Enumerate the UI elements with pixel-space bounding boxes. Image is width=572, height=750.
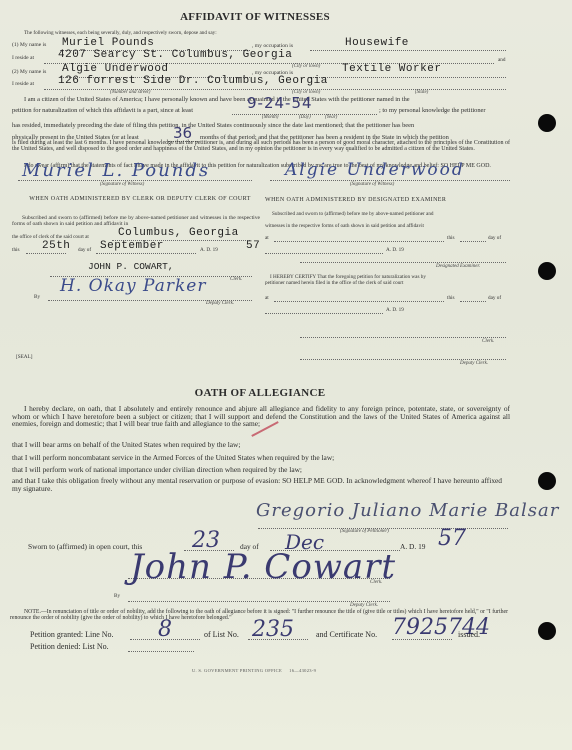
dotted-line xyxy=(96,253,196,254)
affidavit-para1-rest: is filed during at least the last 6 mont… xyxy=(12,141,510,152)
dotted-line xyxy=(270,180,510,181)
examiner-caption: Designated Examiner. xyxy=(436,264,480,269)
list-number: 235 xyxy=(252,617,294,642)
clerk-office-location: Columbus, Georgia xyxy=(118,227,239,239)
certify-text-2: petitioner named herein filed in the off… xyxy=(265,280,403,286)
oath-line-noncombatant: that I will perform noncombatant service… xyxy=(12,454,334,462)
clerk-year: 57 xyxy=(246,240,260,252)
line-number: 8 xyxy=(158,617,172,642)
known-since-date: 9-24-54 xyxy=(247,94,313,112)
naturalization-form-page: AFFIDAVIT OF WITNESSES The following wit… xyxy=(0,0,572,750)
certify-ad-label: A. D. 19 xyxy=(386,307,404,313)
certify-at-label: at xyxy=(265,295,269,301)
witness2-occupation: Textile Worker xyxy=(342,63,441,75)
oath-by-label: By xyxy=(114,593,120,599)
witness2-reside-label: I reside at xyxy=(12,81,34,87)
affidavit-intro: The following witnesses, each being seve… xyxy=(24,30,217,36)
oath-deputy-caption: Deputy Clerk. xyxy=(350,603,378,608)
witness1-name-label: (1) My name is xyxy=(12,42,46,48)
month-caption: (Month) xyxy=(262,115,278,120)
seal-label: [SEAL] xyxy=(16,354,32,360)
witness2-name: Algie Underwood xyxy=(62,63,169,75)
punch-hole xyxy=(538,262,556,280)
certify-clerk-caption: Clerk. xyxy=(482,339,494,344)
witness2-name-label: (2) My name is xyxy=(12,69,46,75)
affidavit-para1-line2b: ; to my personal knowledge the petitione… xyxy=(379,107,486,114)
examiner-ad-label: A. D. 19 xyxy=(386,247,404,253)
clerk-section-heading: WHEN OATH ADMINISTERED BY CLERK OR DEPUT… xyxy=(20,195,260,203)
clerk-month: September xyxy=(100,240,164,252)
state-caption: (State) xyxy=(415,90,428,95)
list-label: of List No. xyxy=(204,631,239,639)
dotted-line xyxy=(310,50,506,51)
affidavit-title: AFFIDAVIT OF WITNESSES xyxy=(0,11,510,23)
oath-line-civilian: that I will perform work of national imp… xyxy=(12,466,302,474)
dotted-line xyxy=(274,301,444,302)
certify-day-of-label: day of xyxy=(488,295,501,301)
oath-clerk-caption: Clerk. xyxy=(370,580,382,585)
issued-label: issued. xyxy=(458,631,480,639)
dotted-line xyxy=(274,241,444,242)
oath-title: OATH OF ALLEGIANCE xyxy=(0,387,520,399)
petitioner-signature: Gregorio Juliano Marie Balsar xyxy=(256,500,559,521)
examiner-text-1: Subscribed and sworn to (affirmed) befor… xyxy=(272,211,434,217)
dotted-line xyxy=(460,241,486,242)
clerk-day: 25th xyxy=(42,240,70,252)
petition-granted-label: Petition granted: Line No. xyxy=(30,631,114,639)
dotted-line xyxy=(26,253,66,254)
day-caption: (Day) xyxy=(299,115,311,120)
witness2-address: 126 forrest Side Dr. Columbus, Georgia xyxy=(58,75,328,87)
witness1-reside-label: I reside at xyxy=(12,55,34,61)
clerk-ad-label: A. D. 19 xyxy=(200,247,218,253)
sworn-label: Sworn to (affirmed) in open court, this xyxy=(28,543,142,551)
dotted-line xyxy=(265,313,383,314)
clerk-by-label: By xyxy=(34,294,40,300)
punch-hole xyxy=(538,622,556,640)
dotted-line xyxy=(265,253,383,254)
clerk-signature: John P. Cowart xyxy=(130,547,396,587)
certify-deputy-caption: Deputy Clerk. xyxy=(460,361,488,366)
dotted-line xyxy=(128,601,390,602)
year-caption: (Year) xyxy=(325,115,337,120)
clerk-this-label: this xyxy=(12,247,20,253)
dotted-line xyxy=(128,651,194,652)
sworn-year: 57 xyxy=(438,526,466,551)
sworn-ad-label: A. D. 19 xyxy=(400,543,425,551)
oath-line-arms: that I will bear arms on behalf of the U… xyxy=(12,441,240,449)
dotted-line xyxy=(300,359,506,360)
deputy-clerk-caption: Deputy Clerk. xyxy=(206,301,234,306)
oath-paragraph-1: I hereby declare, on oath, that I absolu… xyxy=(12,405,510,428)
printer-imprint: U. S. GOVERNMENT PRINTING OFFICE 16—4302… xyxy=(192,668,316,673)
certificate-label: and Certificate No. xyxy=(316,631,377,639)
clerk-name: JOHN P. COWART, xyxy=(88,261,174,272)
dotted-line xyxy=(300,337,506,338)
examiner-this-label: this xyxy=(447,235,455,241)
oath-line-obligation: and that I take this obligation freely w… xyxy=(12,477,502,492)
affidavit-para1-line3: has resided, immediately preceding the d… xyxy=(12,122,510,129)
affidavit-para1-line2: petition for naturalization of which thi… xyxy=(12,107,193,114)
witness1-signature: Muriel L. Pounds xyxy=(22,160,210,181)
dotted-line xyxy=(460,301,486,302)
clerk-day-of-label: day of xyxy=(78,247,91,253)
street-caption: (Number and street) xyxy=(110,90,150,95)
examiner-at-label: at xyxy=(265,235,269,241)
witness1-name: Muriel Pounds xyxy=(62,37,154,49)
petitioner-signature-caption: (Signature of Petitioner) xyxy=(340,529,389,534)
punch-hole xyxy=(538,472,556,490)
city-caption: (City or town) xyxy=(292,64,320,69)
deputy-clerk-signature: H. Okay Parker xyxy=(60,276,206,296)
petition-denied-label: Petition denied: List No. xyxy=(30,643,109,651)
witness1-address: 4207 Searcy St. Columbus, Georgia xyxy=(58,49,292,61)
certify-this-label: this xyxy=(447,295,455,301)
and-label: and xyxy=(498,57,506,63)
dotted-line xyxy=(310,77,506,78)
examiner-section-heading: WHEN OATH ADMINISTERED BY DESIGNATED EXA… xyxy=(265,197,446,203)
witness2-signature: Algie Underwood xyxy=(285,160,465,180)
witness2-signature-caption: (Signature of Witness) xyxy=(350,182,394,187)
punch-hole xyxy=(538,114,556,132)
witness1-occupation: Housewife xyxy=(345,37,409,49)
examiner-text-2: witnesses in the respective forms of oat… xyxy=(265,223,424,229)
clerk-caption: Clerk. xyxy=(230,277,242,282)
examiner-day-of-label: day of xyxy=(488,235,501,241)
witness1-signature-caption: (Signature of Witness) xyxy=(100,182,144,187)
dotted-line xyxy=(300,262,506,263)
clerk-section-text: Subscribed and sworn to (affirmed) befor… xyxy=(12,215,260,227)
